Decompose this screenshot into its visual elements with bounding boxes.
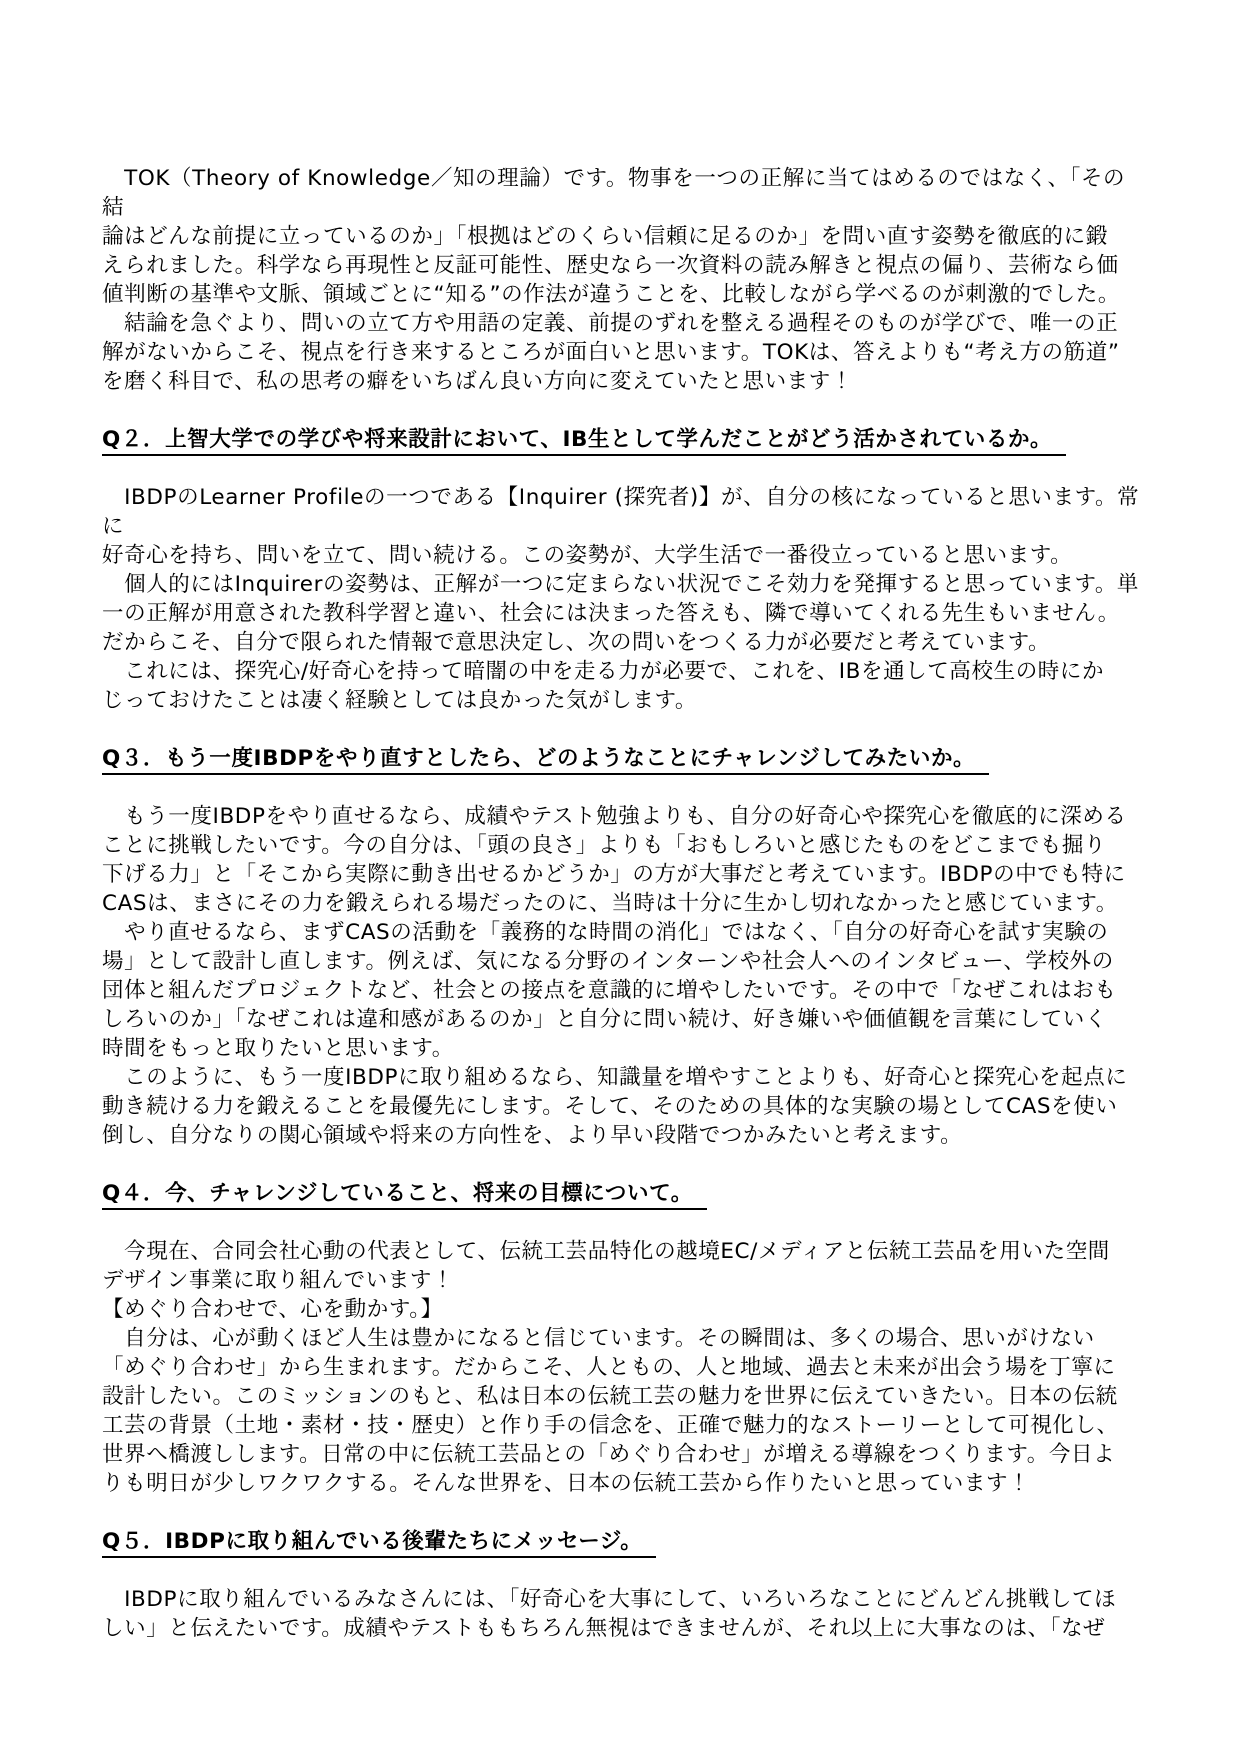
q1-answer-paragraph: TOK（Theory of Knowledge／知の理論）です。物事を一つの正解… (102, 164, 1144, 396)
q4-heading: Q４．今、チャレンジしていること、将来の目標について。 (102, 1179, 1144, 1208)
q5-heading: Q５．IBDPに取り組んでいる後輩たちにメッセージ。 (102, 1527, 1144, 1556)
q4-answer-paragraph: 今現在、合同会社心動の代表として、伝統工芸品特化の越境EC/メディアと伝統工芸品… (102, 1237, 1144, 1498)
q2-answer-paragraph: IBDPのLearner Profileの一つである【Inquirer (探究者… (102, 483, 1144, 715)
q3-answer-paragraph: もう一度IBDPをやり直せるなら、成績やテスト勉強よりも、自分の好奇心や探究心を… (102, 802, 1144, 1150)
q5-heading-text: Q５．IBDPに取り組んでいる後輩たちにメッセージ。 (102, 1529, 656, 1558)
q4-heading-text: Q４．今、チャレンジしていること、将来の目標について。 (102, 1181, 707, 1210)
q3-heading: Q３．もう一度IBDPをやり直すとしたら、どのようなことにチャレンジしてみたいか… (102, 744, 1144, 773)
q5-answer-paragraph: IBDPに取り組んでいるみなさんには、「好奇心を大事にして、いろいろなことにどん… (102, 1585, 1144, 1643)
q2-heading-text: Q２．上智大学での学びや将来設計において、IB生として学んだことがどう活かされて… (102, 427, 1066, 456)
q3-heading-text: Q３．もう一度IBDPをやり直すとしたら、どのようなことにチャレンジしてみたいか… (102, 746, 989, 775)
document-page: TOK（Theory of Knowledge／知の理論）です。物事を一つの正解… (0, 0, 1242, 1756)
q2-heading: Q２．上智大学での学びや将来設計において、IB生として学んだことがどう活かされて… (102, 425, 1144, 454)
